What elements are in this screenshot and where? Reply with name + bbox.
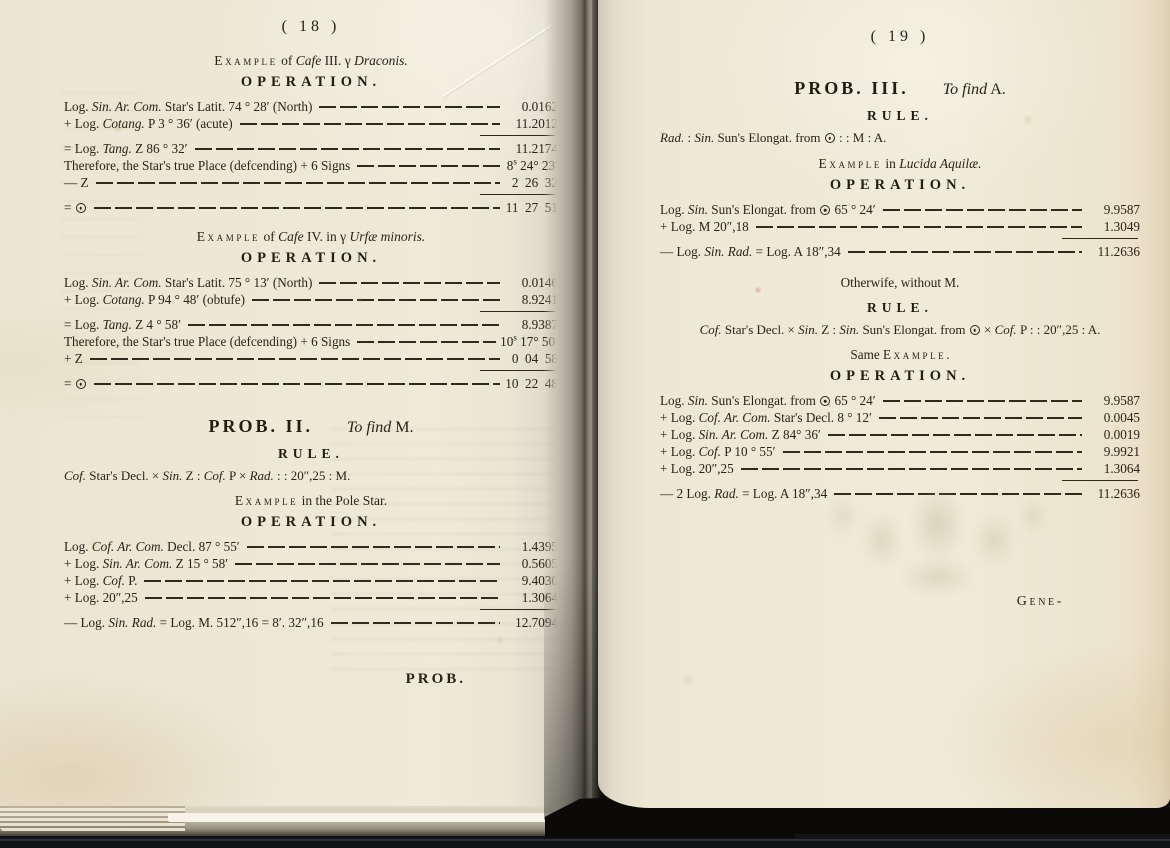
sun-icon bbox=[820, 205, 830, 215]
operation-row: Log. Sin. Sun's Elongat. from 65 ° 24′9.… bbox=[660, 392, 1140, 409]
open-book-scan: ( 18 ) Example of Cafe III. γ Draconis. … bbox=[0, 0, 1170, 848]
operation-label: + Log. Sin. Ar. Com. Z 84° 36′ bbox=[660, 426, 821, 443]
operation-row: — Log. Sin. Rad. = Log. M. 512″,16 = 8′.… bbox=[64, 614, 558, 631]
dash-leader bbox=[188, 324, 500, 326]
example-heading-polestar: Example in the Pole Star. bbox=[64, 493, 558, 509]
dash-leader bbox=[357, 165, 500, 167]
operation-block-case3: Log. Sin. Ar. Com. Star's Latit. 74 ° 28… bbox=[64, 98, 558, 216]
operation-row: + Z0 04 58 bbox=[64, 350, 558, 367]
page-19: ( 19 ) PROB. III. To find A. RULE. Rad. … bbox=[598, 0, 1170, 808]
operation-value: 9.9921 bbox=[1086, 443, 1140, 460]
operation-value: 9.9587 bbox=[1086, 201, 1140, 218]
operation-label: Log. Sin. Ar. Com. Star's Latit. 75 ° 13… bbox=[64, 274, 312, 291]
operation-row: = Log. Tang. Z 86 ° 32′11.2174 bbox=[64, 140, 558, 157]
same-example-heading: Same Example. bbox=[660, 347, 1140, 363]
operation-row: — Z2 26 32 bbox=[64, 174, 558, 191]
scanner-bed-highlight bbox=[0, 839, 1170, 841]
dash-leader bbox=[252, 299, 500, 301]
rule2-text-prob3: Cof. Star's Decl. × Sin. Z : Sin. Sun's … bbox=[660, 322, 1140, 338]
operation-value: 9.9587 bbox=[1086, 392, 1140, 409]
operation-label: Therefore, the Star's true Place (defcen… bbox=[64, 333, 350, 350]
operation-label: + Log. Cotang. P 94 ° 48′ (obtufe) bbox=[64, 291, 245, 308]
operation-row: Log. Sin. Ar. Com. Star's Latit. 74 ° 28… bbox=[64, 98, 558, 115]
operation-label: Log. Cof. Ar. Com. Decl. 87 ° 55′ bbox=[64, 538, 240, 555]
fleuron-bleedthrough bbox=[798, 452, 1078, 612]
dash-leader bbox=[195, 148, 500, 150]
dash-leader bbox=[756, 226, 1082, 228]
operation-label: + Log. Cof. P. bbox=[64, 572, 137, 589]
operation-row: + Log. Cof. P.9.4030 bbox=[64, 572, 558, 589]
otherwise-note: Otherwife, without M. bbox=[660, 275, 1140, 291]
sun-icon bbox=[970, 325, 980, 335]
dash-leader bbox=[247, 546, 500, 548]
operation-block-prob3: Log. Sin. Sun's Elongat. from 65 ° 24′9.… bbox=[660, 201, 1140, 260]
operation-label: + Log. M 20″,18 bbox=[660, 218, 749, 235]
dash-leader bbox=[879, 417, 1082, 419]
page-edge-stack bbox=[0, 806, 592, 836]
sun-icon bbox=[76, 379, 86, 389]
operation2-heading-prob3: OPERATION. bbox=[660, 368, 1140, 385]
operation-row: + Log. Sin. Ar. Com. Z 15 ° 58′0.5605 bbox=[64, 555, 558, 572]
operation-row: + Log. Cotang. P 94 ° 48′ (obtufe)8.9241 bbox=[64, 291, 558, 308]
prob3-title: PROB. III. bbox=[794, 78, 909, 99]
page-18: ( 18 ) Example of Cafe III. γ Draconis. … bbox=[0, 0, 592, 810]
rule-text-prob3: Rad. : Sin. Sun's Elongat. from : : M : … bbox=[660, 130, 1140, 146]
dash-leader bbox=[331, 622, 500, 624]
operation-value: 11.2636 bbox=[1086, 485, 1140, 502]
prob2-title: PROB. II. bbox=[208, 416, 313, 437]
dash-leader bbox=[96, 182, 500, 184]
prob3-subtitle: To find A. bbox=[943, 81, 1006, 99]
dash-leader bbox=[848, 251, 1082, 253]
operation-value: 0.0019 bbox=[1086, 426, 1140, 443]
operation-label: — Log. Sin. Rad. = Log. A 18″,34 bbox=[660, 243, 841, 260]
sun-icon bbox=[820, 396, 830, 406]
operation-label: + Log. 20″,25 bbox=[660, 460, 734, 477]
operation-value: 11.2636 bbox=[1086, 243, 1140, 260]
operation-row: = Log. Tang. Z 4 ° 58′8.9387 bbox=[64, 316, 558, 333]
dash-leader bbox=[319, 106, 500, 108]
operation-label: Therefore, the Star's true Place (defcen… bbox=[64, 157, 350, 174]
operation-heading-prob3: OPERATION. bbox=[660, 177, 1140, 194]
operation-row: + Log. 20″,251.3064 bbox=[64, 589, 558, 606]
page-edge-lines bbox=[0, 806, 185, 832]
prob3-heading: PROB. III. To find A. bbox=[660, 78, 1140, 99]
example-heading-case4: Example of Cafe IV. in γ Urfæ minoris. bbox=[64, 229, 558, 245]
operation-block-case4: Log. Sin. Ar. Com. Star's Latit. 75 ° 13… bbox=[64, 274, 558, 392]
dash-leader bbox=[90, 358, 500, 360]
example-heading-aquila: Example in Lucida Aquilæ. bbox=[660, 156, 1140, 172]
operation-heading-case4: OPERATION. bbox=[64, 250, 558, 267]
operation-label: + Log. Cof. P 10 ° 55′ bbox=[660, 443, 776, 460]
operation-label: Log. Sin. Sun's Elongat. from 65 ° 24′ bbox=[660, 201, 876, 218]
operation-label: — Log. Sin. Rad. = Log. M. 512″,16 = 8′.… bbox=[64, 614, 324, 631]
dash-leader bbox=[94, 383, 500, 385]
operation-row: Therefore, the Star's true Place (defcen… bbox=[64, 157, 558, 174]
prob2-heading: PROB. II. To find M. bbox=[64, 416, 558, 437]
operation-row: + Log. Sin. Ar. Com. Z 84° 36′0.0019 bbox=[660, 426, 1140, 443]
rule2-heading-prob3: RULE. bbox=[660, 300, 1140, 316]
sun-icon bbox=[76, 203, 86, 213]
operation-value: 0.0045 bbox=[1086, 409, 1140, 426]
operation-label: = Log. Tang. Z 4 ° 58′ bbox=[64, 316, 181, 333]
sun-icon bbox=[825, 133, 835, 143]
operation-row: + Log. Cotang. P 3 ° 36′ (acute)11.2012 bbox=[64, 115, 558, 132]
page-number-18: ( 18 ) bbox=[64, 18, 558, 36]
prob2-subtitle: To find M. bbox=[347, 419, 414, 437]
dash-leader bbox=[357, 341, 496, 343]
operation-heading-case3: OPERATION. bbox=[64, 74, 558, 91]
operation-label: + Log. Cof. Ar. Com. Star's Decl. 8 ° 12… bbox=[660, 409, 872, 426]
dash-leader bbox=[240, 123, 500, 125]
operation-label: Log. Sin. Ar. Com. Star's Latit. 74 ° 28… bbox=[64, 98, 312, 115]
operation-value: 1.3064 bbox=[1086, 460, 1140, 477]
rule-heading-prob3: RULE. bbox=[660, 108, 1140, 124]
page-edge-highlight bbox=[168, 813, 572, 822]
dash-leader bbox=[883, 209, 1082, 211]
dash-leader bbox=[828, 434, 1082, 436]
operation-heading-prob2: OPERATION. bbox=[64, 514, 558, 531]
operation-row: Log. Sin. Ar. Com. Star's Latit. 75 ° 13… bbox=[64, 274, 558, 291]
operation-row: = 11 27 51 bbox=[64, 199, 558, 216]
dash-leader bbox=[883, 400, 1082, 402]
operation-label: = bbox=[64, 199, 87, 216]
operation-label: = Log. Tang. Z 86 ° 32′ bbox=[64, 140, 188, 157]
rule-heading-prob2: RULE. bbox=[64, 446, 558, 462]
operation-value: 1.3049 bbox=[1086, 218, 1140, 235]
operation-label: + Log. Sin. Ar. Com. Z 15 ° 58′ bbox=[64, 555, 228, 572]
operation-label: + Log. Cotang. P 3 ° 36′ (acute) bbox=[64, 115, 233, 132]
operation-row: + Log. M 20″,181.3049 bbox=[660, 218, 1140, 235]
dash-leader bbox=[235, 563, 500, 565]
operation-label: + Log. 20″,25 bbox=[64, 589, 138, 606]
operation-row: Therefore, the Star's true Place (defcen… bbox=[64, 333, 558, 350]
example-heading-case3: Example of Cafe III. γ Draconis. bbox=[64, 53, 558, 69]
dash-leader bbox=[94, 207, 500, 209]
operation-row: + Log. Cof. Ar. Com. Star's Decl. 8 ° 12… bbox=[660, 409, 1140, 426]
dash-leader bbox=[145, 597, 500, 599]
page-number-19: ( 19 ) bbox=[660, 28, 1140, 46]
operation-block-prob2: Log. Cof. Ar. Com. Decl. 87 ° 55′1.4395+… bbox=[64, 538, 558, 631]
rule-text-prob2: Cof. Star's Decl. × Sin. Z : Cof. P × Ra… bbox=[64, 468, 558, 484]
dash-leader bbox=[319, 282, 500, 284]
operation-label: = bbox=[64, 375, 87, 392]
operation-label: + Z bbox=[64, 350, 83, 367]
operation-label: — Z bbox=[64, 174, 89, 191]
operation-label: Log. Sin. Sun's Elongat. from 65 ° 24′ bbox=[660, 392, 876, 409]
operation-row: — Log. Sin. Rad. = Log. A 18″,3411.2636 bbox=[660, 243, 1140, 260]
operation-row: Log. Cof. Ar. Com. Decl. 87 ° 55′1.4395 bbox=[64, 538, 558, 555]
dash-leader bbox=[144, 580, 500, 582]
operation-row: = 10 22 48 bbox=[64, 375, 558, 392]
catchword-prob: PROB. bbox=[64, 671, 558, 688]
operation-row: Log. Sin. Sun's Elongat. from 65 ° 24′9.… bbox=[660, 201, 1140, 218]
